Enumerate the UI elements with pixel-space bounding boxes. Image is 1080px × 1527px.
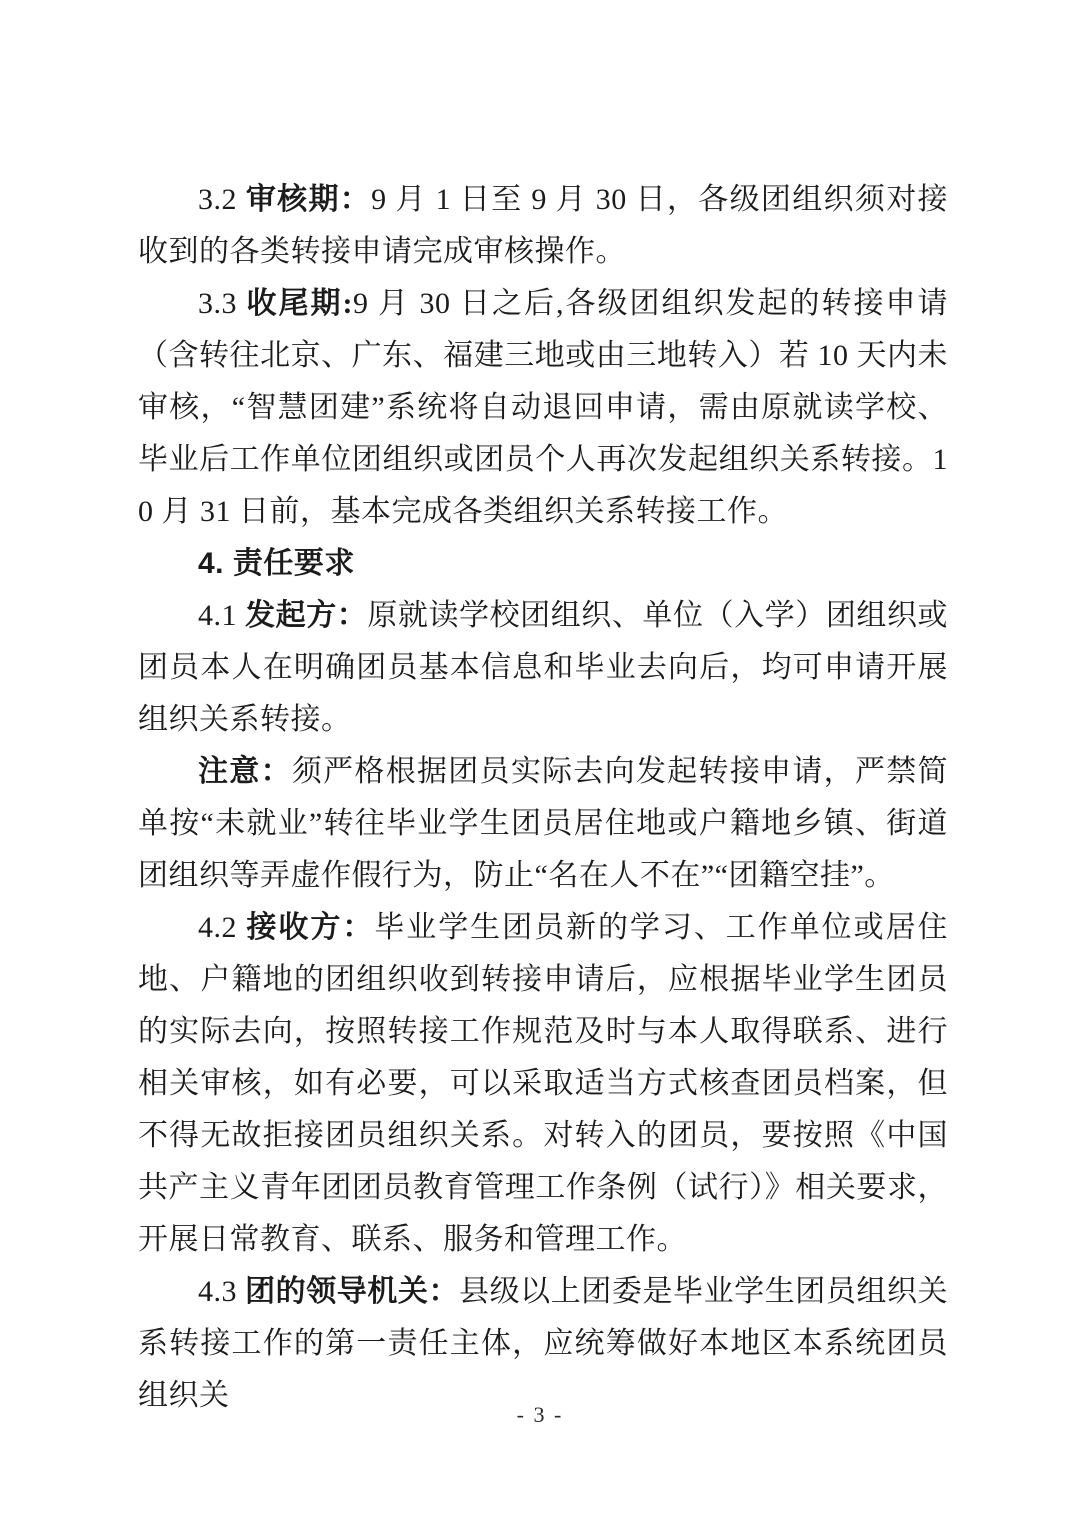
- notice-label: 注意：: [198, 755, 292, 788]
- section-heading-label: 4. 责任要求: [198, 547, 355, 580]
- section-number: 4.2: [198, 911, 246, 944]
- section-heading-4: 4. 责任要求: [138, 538, 948, 590]
- paragraph-4-2: 4.2 接收方：毕业学生团员新的学习、工作单位或居住地、户籍地的团组织收到转接申…: [138, 902, 948, 1266]
- section-label: 接收方：: [246, 911, 374, 944]
- section-label: 审核期：: [246, 183, 371, 216]
- section-number: 3.2: [198, 183, 246, 216]
- paragraph-notice: 注意：须严格根据团员实际去向发起转接申请，严禁简单按“未就业”转往毕业学生团员居…: [138, 746, 948, 902]
- section-label: 发起方：: [245, 599, 367, 632]
- paragraph-text: 9 月 30 日之后,各级团组织发起的转接申请（含转往北京、广东、福建三地或由三…: [138, 287, 948, 528]
- paragraph-4-1: 4.1 发起方：原就读学校团组织、单位（入学）团组织或团员本人在明确团员基本信息…: [138, 590, 948, 746]
- section-label: 团的领导机关：: [245, 1275, 459, 1308]
- section-number: 4.3: [198, 1275, 245, 1308]
- document-page: 3.2 审核期：9 月 1 日至 9 月 30 日，各级团组织须对接收到的各类转…: [0, 0, 1080, 1527]
- paragraph-3-3: 3.3 收尾期:9 月 30 日之后,各级团组织发起的转接申请（含转往北京、广东…: [138, 278, 948, 538]
- section-label: 收尾期:: [247, 287, 354, 320]
- document-body: 3.2 审核期：9 月 1 日至 9 月 30 日，各级团组织须对接收到的各类转…: [138, 174, 948, 1422]
- paragraph-4-3: 4.3 团的领导机关：县级以上团委是毕业学生团员组织关系转接工作的第一责任主体，…: [138, 1266, 948, 1422]
- page-number: - 3 -: [0, 1402, 1080, 1428]
- paragraph-text: 毕业学生团员新的学习、工作单位或居住地、户籍地的团组织收到转接申请后，应根据毕业…: [138, 911, 948, 1256]
- paragraph-3-2: 3.2 审核期：9 月 1 日至 9 月 30 日，各级团组织须对接收到的各类转…: [138, 174, 948, 278]
- section-number: 4.1: [198, 599, 245, 632]
- section-number: 3.3: [198, 287, 247, 320]
